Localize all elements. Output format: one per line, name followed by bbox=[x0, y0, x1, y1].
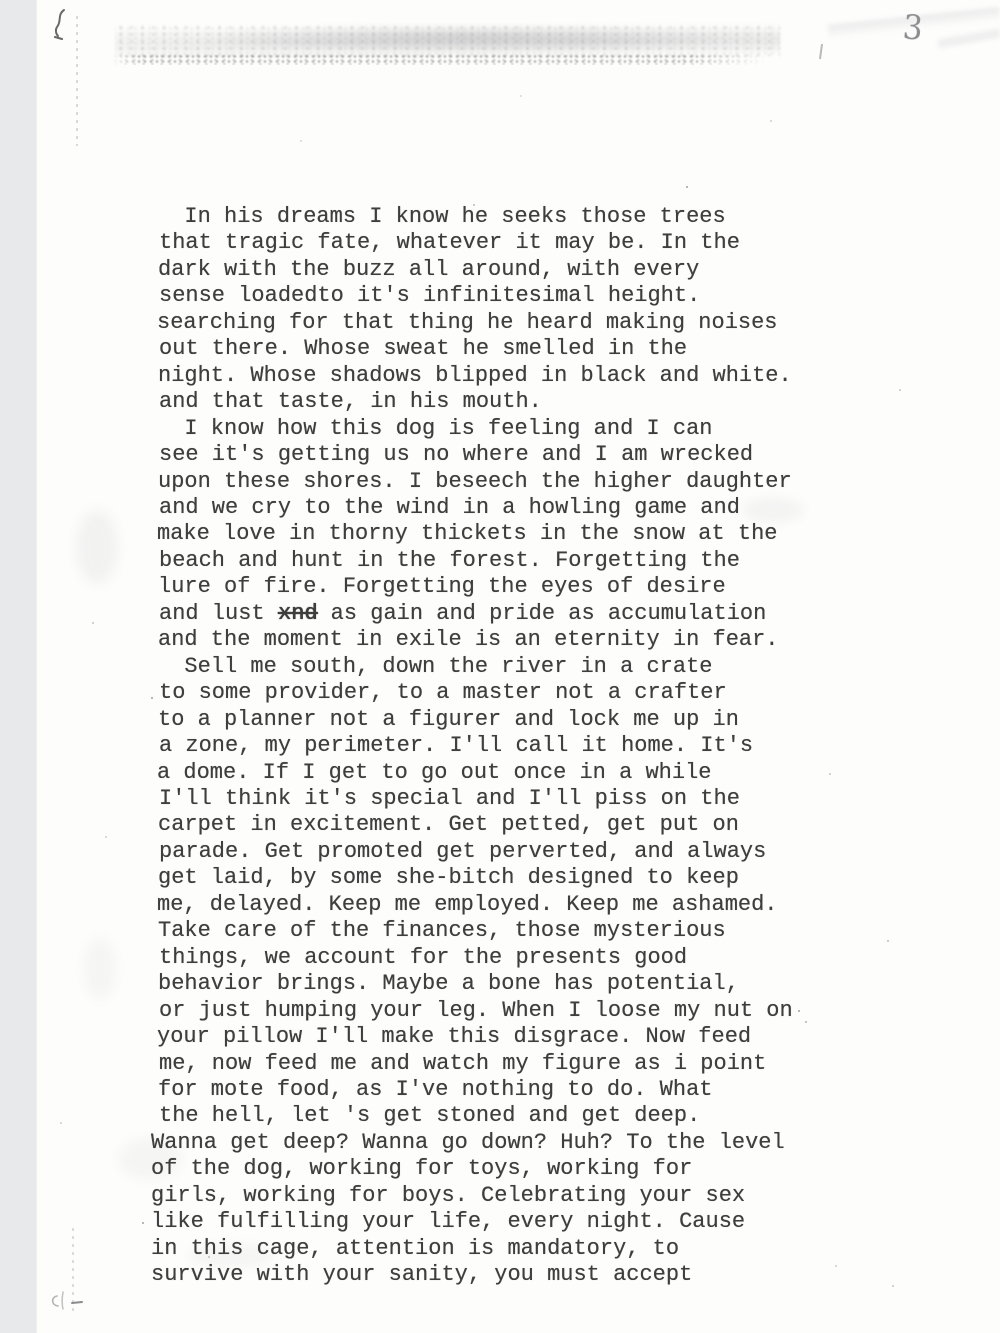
text-segment: and lust bbox=[159, 601, 278, 626]
text-line: dark with the buzz all around, with ever… bbox=[158, 257, 858, 283]
text-line: parade. Get promoted get perverted, and … bbox=[159, 839, 858, 865]
text-line: I'll think it's special and I'll piss on… bbox=[159, 786, 858, 812]
text-line: survive with your sanity, you must accep… bbox=[151, 1262, 858, 1288]
text-segment: as gain and pride as accumulation bbox=[317, 601, 766, 626]
text-line: get laid, by some she-bitch designed to … bbox=[158, 865, 858, 891]
text-line: lure of fire. Forgetting the eyes of des… bbox=[158, 574, 858, 600]
paragraph: In his dreams I know he seeks those tree… bbox=[158, 204, 858, 416]
text-line: or just humping your leg. When I loose m… bbox=[159, 998, 858, 1024]
text-line: that tragic fate, whatever it may be. In… bbox=[159, 230, 858, 256]
paragraph: I know how this dog is feeling and I can… bbox=[158, 416, 858, 654]
smudge-blob bbox=[84, 938, 116, 1000]
text-line: Wanna get deep? Wanna go down? Huh? To t… bbox=[151, 1130, 858, 1156]
text-line: In his dreams I know he seeks those tree… bbox=[158, 204, 858, 230]
text-line: beach and hunt in the forest. Forgetting… bbox=[159, 548, 858, 574]
text-line: things, we account for the presents good bbox=[159, 945, 858, 971]
handwritten-page-number: 3 bbox=[901, 7, 924, 49]
photocopy-smudge-band bbox=[115, 24, 780, 56]
text-line: and the moment in exile is an eternity i… bbox=[158, 627, 858, 653]
text-line: me, now feed me and watch my figure as i… bbox=[159, 1051, 858, 1077]
text-line: Sell me south, down the river in a crate bbox=[158, 654, 858, 680]
text-line: of the dog, working for toys, working fo… bbox=[151, 1156, 858, 1182]
typewritten-text-block: In his dreams I know he seeks those tree… bbox=[158, 204, 858, 1289]
text-line: night. Whose shadows blipped in black an… bbox=[158, 363, 858, 389]
text-line: and we cry to the wind in a howling game… bbox=[159, 495, 858, 521]
paragraph: Sell me south, down the river in a crate… bbox=[158, 654, 858, 1289]
scanned-page: 3 In his dreams I know he seeks those tr… bbox=[0, 0, 1000, 1333]
text-line: carpet in excitement. Get petted, get pu… bbox=[158, 812, 858, 838]
text-line: in this cage, attention is mandatory, to bbox=[151, 1236, 858, 1262]
text-line: see it's getting us no where and I am wr… bbox=[159, 442, 858, 468]
text-line: searching for that thing he heard making… bbox=[157, 310, 858, 336]
text-line: behavior brings. Maybe a bone has potent… bbox=[158, 971, 858, 997]
text-line: Take care of the finances, those mysteri… bbox=[158, 918, 858, 944]
text-line: like fulfilling your life, every night. … bbox=[151, 1209, 858, 1235]
text-line: and lust xnd as gain and pride as accumu… bbox=[159, 601, 858, 627]
dust-specks bbox=[0, 0, 2, 2]
text-line: a dome. If I get to go out once in a whi… bbox=[157, 760, 858, 786]
text-line: sense loadedto it's infinitesimal height… bbox=[159, 283, 858, 309]
text-line: upon these shores. I beseech the higher … bbox=[158, 469, 858, 495]
text-line: and that taste, in his mouth. bbox=[159, 389, 858, 415]
text-line: your pillow I'll make this disgrace. Now… bbox=[157, 1024, 858, 1050]
text-line: out there. Whose sweat he smelled in the bbox=[159, 336, 858, 362]
text-line: make love in thorny thickets in the snow… bbox=[157, 521, 858, 547]
text-line: girls, working for boys. Celebrating you… bbox=[151, 1183, 858, 1209]
handwritten-squiggle-bottom-left bbox=[48, 1286, 92, 1316]
text-line: for mote food, as I've nothing to do. Wh… bbox=[158, 1077, 858, 1103]
overstruck-word: xnd bbox=[278, 601, 318, 626]
text-line: to some provider, to a master not a craf… bbox=[159, 680, 858, 706]
fold-line-top bbox=[76, 16, 78, 146]
photocopy-smudge-streak bbox=[112, 54, 767, 65]
text-line: me, delayed. Keep me employed. Keep me a… bbox=[157, 892, 858, 918]
text-line: I know how this dog is feeling and I can bbox=[158, 416, 858, 442]
handwritten-squiggle-top-left bbox=[50, 8, 72, 44]
smudge-blob bbox=[76, 510, 118, 584]
text-line: to a planner not a figurer and lock me u… bbox=[158, 707, 858, 733]
text-line: a zone, my perimeter. I'll call it home.… bbox=[159, 733, 858, 759]
text-line: the hell, let 's get stoned and get deep… bbox=[159, 1103, 858, 1129]
